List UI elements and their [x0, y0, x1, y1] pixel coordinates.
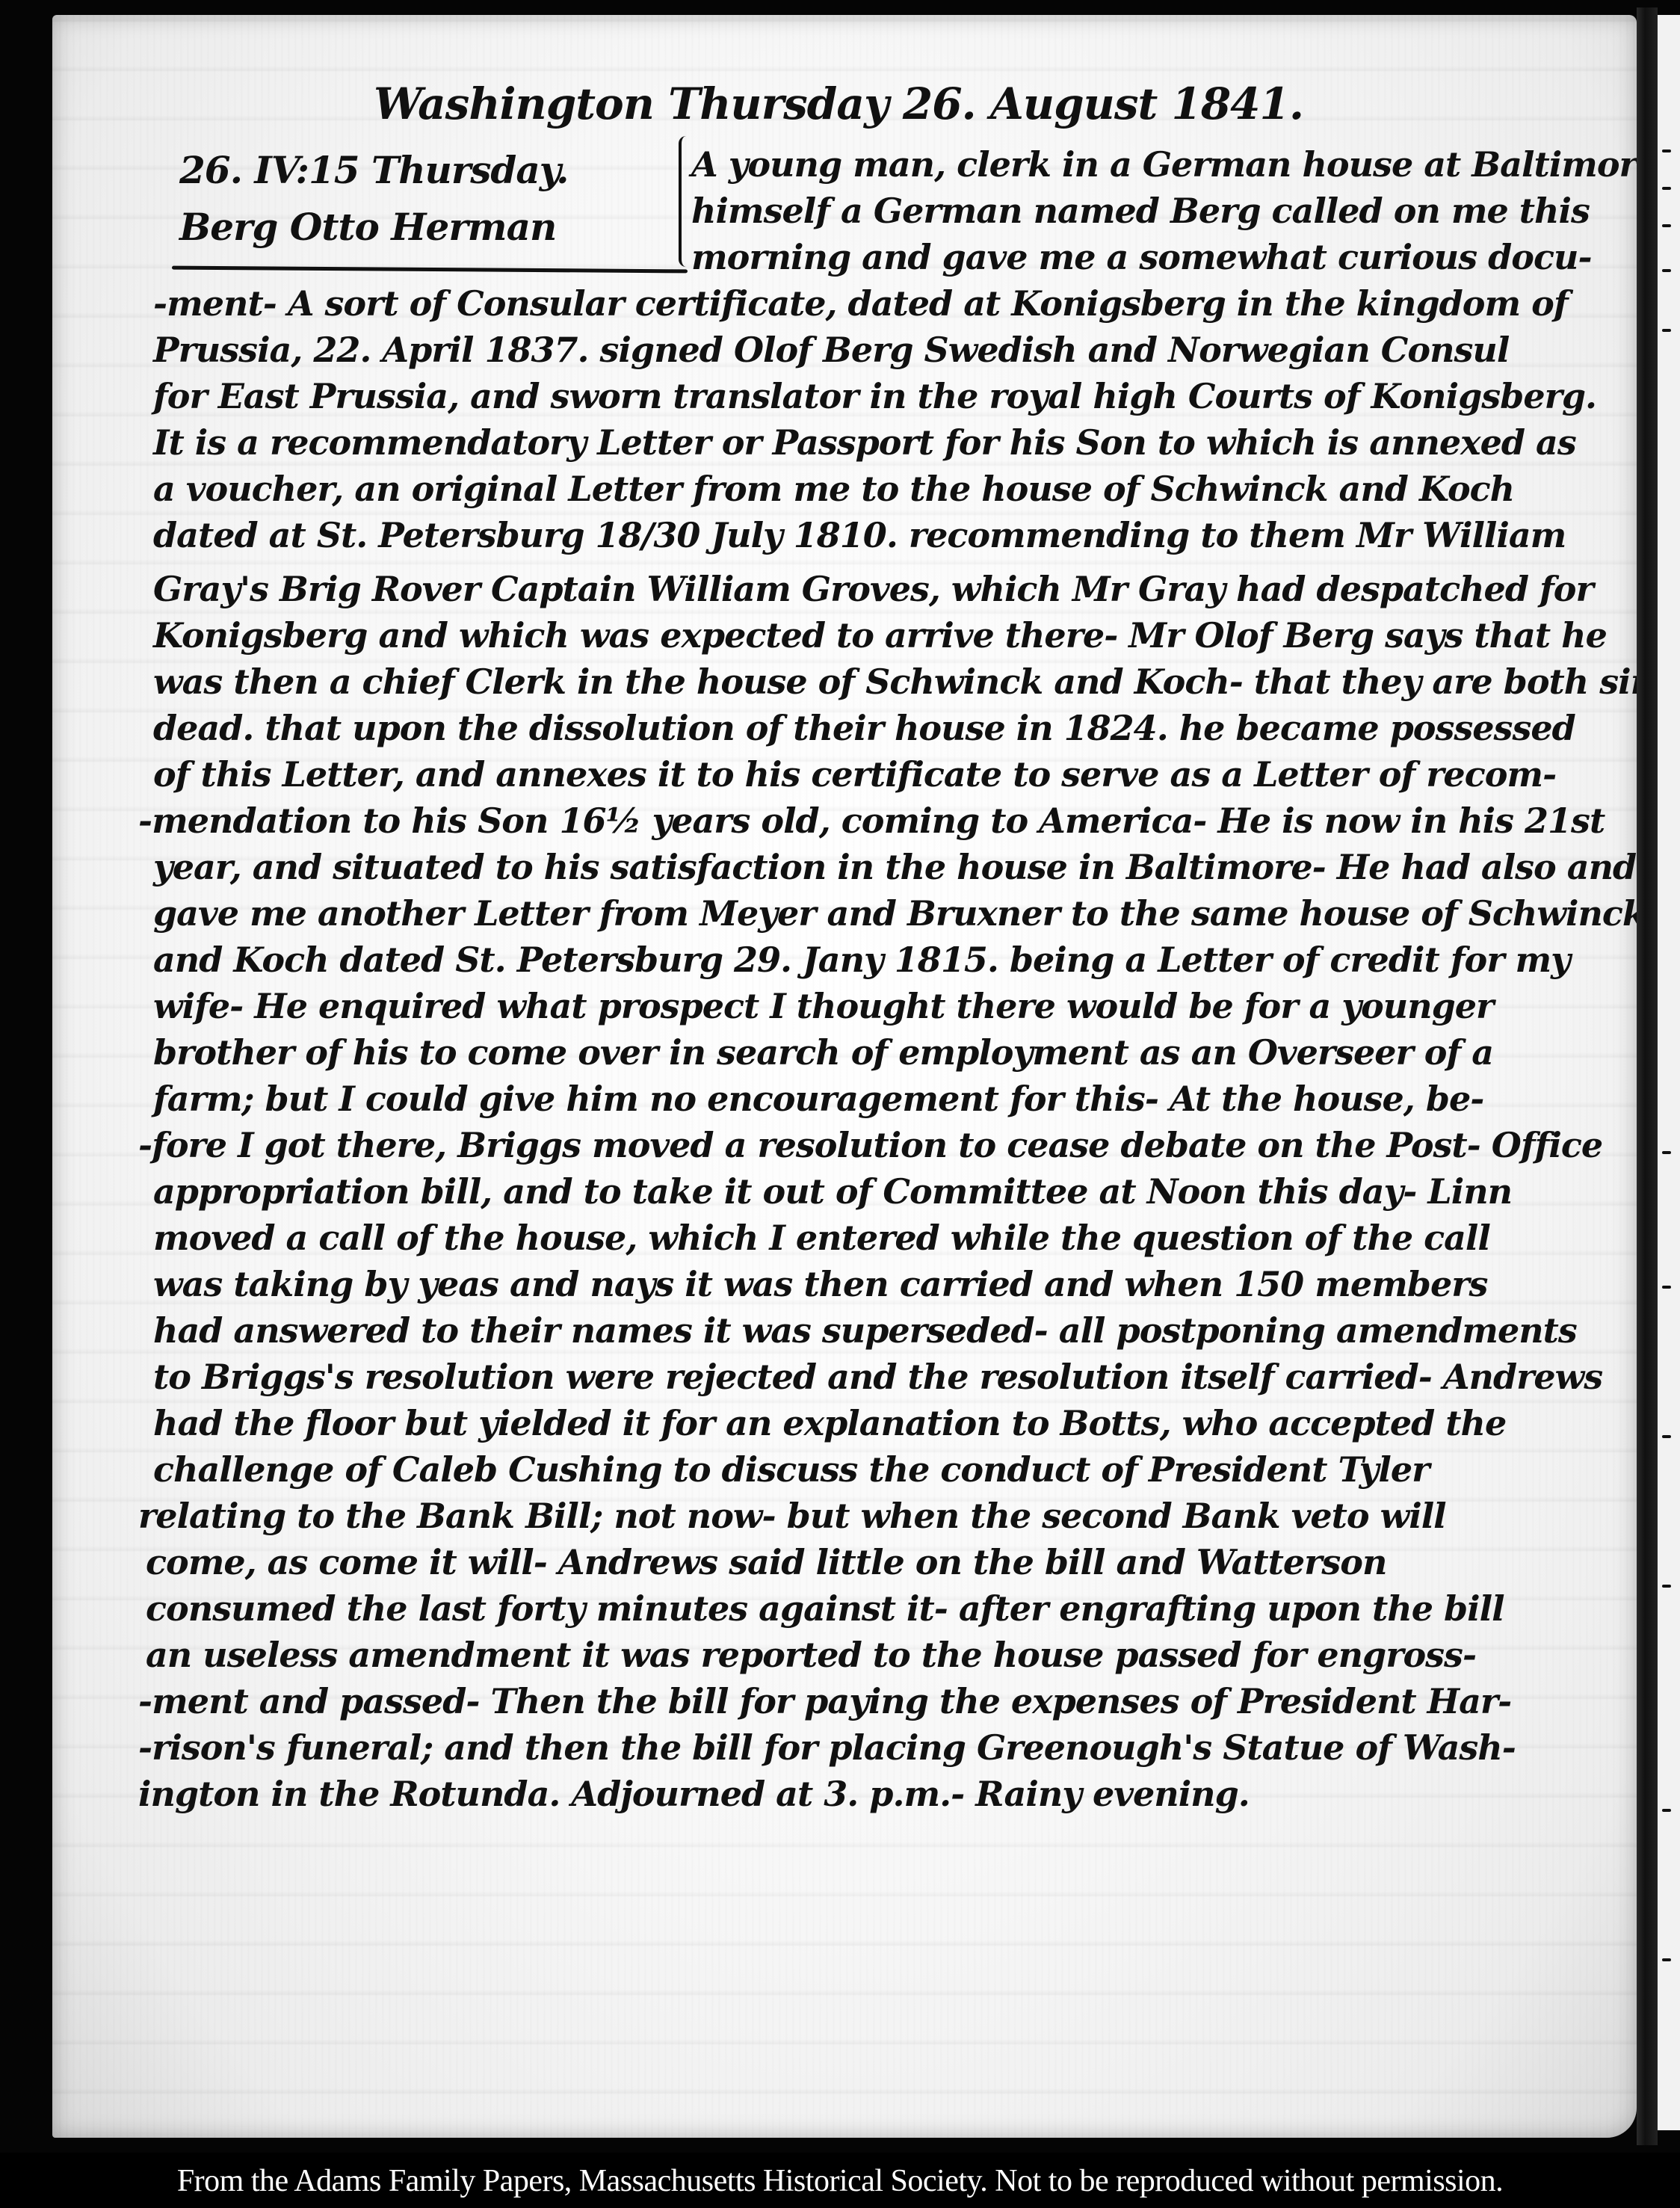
- ink-mark: [1662, 1958, 1671, 1961]
- entry-line: morning and gave me a somewhat curious d…: [691, 235, 1592, 280]
- entry-line: himself a German named Berg called on me…: [691, 188, 1590, 233]
- entry-line: year, and situated to his satisfaction i…: [153, 845, 1636, 889]
- ink-mark: [1662, 187, 1671, 190]
- margin-brace: [679, 136, 691, 267]
- entry-line: was then a chief Clerk in the house of S…: [153, 659, 1680, 704]
- manuscript-page: Washington Thursday 26. August 1841. 26.…: [52, 15, 1637, 2138]
- entry-line: -ment- A sort of Consular certificate, d…: [153, 281, 1568, 326]
- entry-line: come, as come it will- Andrews said litt…: [146, 1540, 1386, 1585]
- ink-mark: [1662, 224, 1671, 227]
- entry-line: Gray's Brig Rover Captain William Groves…: [153, 567, 1593, 611]
- entry-line: Konigsberg and which was expected to arr…: [153, 613, 1607, 658]
- margin-note: 26. IV:15 Thursday. Berg Otto Herman: [179, 142, 673, 256]
- entry-line: brother of his to come over in search of…: [153, 1030, 1493, 1075]
- entry-line: a voucher, an original Letter from me to…: [153, 466, 1514, 511]
- margin-note-name: Berg Otto Herman: [179, 199, 673, 256]
- entry-line: dated at St. Petersburg 18/30 July 1810.…: [153, 513, 1566, 558]
- book-gutter: [1637, 7, 1658, 2145]
- entry-line: farm; but I could give him no encouragem…: [153, 1076, 1483, 1121]
- entry-line: ington in the Rotunda. Adjourned at 3. p…: [138, 1771, 1250, 1816]
- entry-line: to Briggs's resolution were rejected and…: [153, 1354, 1602, 1399]
- ink-mark: [1662, 329, 1671, 332]
- entry-line: It is a recommendatory Letter or Passpor…: [153, 420, 1576, 465]
- entry-line: relating to the Bank Bill; not now- but …: [138, 1493, 1446, 1538]
- entry-line: A young man, clerk in a German house at …: [691, 142, 1658, 187]
- entry-line: had the floor but yielded it for an expl…: [153, 1401, 1506, 1446]
- entry-line: moved a call of the house, which I enter…: [153, 1215, 1490, 1260]
- entry-line: gave me another Letter from Meyer and Br…: [153, 891, 1646, 936]
- entry-line: wife- He enquired what prospect I though…: [153, 984, 1493, 1029]
- margin-note-date: 26. IV:15 Thursday.: [179, 142, 673, 199]
- entry-line: for East Prussia, and sworn translator i…: [153, 374, 1596, 419]
- ink-mark: [1662, 1151, 1671, 1154]
- entry-heading: Washington Thursday 26. August 1841.: [374, 78, 1303, 129]
- ink-mark: [1662, 269, 1671, 272]
- entry-line: Prussia, 22. April 1837. signed Olof Ber…: [153, 327, 1509, 372]
- entry-line: and Koch dated St. Petersburg 29. Jany 1…: [153, 937, 1570, 982]
- ink-mark: [1662, 1286, 1671, 1289]
- entry-line: had answered to their names it was super…: [153, 1308, 1577, 1353]
- entry-line: an useless amendment it was reported to …: [146, 1632, 1476, 1677]
- entry-line: consumed the last forty minutes against …: [146, 1586, 1504, 1631]
- facing-page-edge: [1658, 15, 1680, 2130]
- entry-line: was taking by yeas and nays it was then …: [153, 1262, 1487, 1307]
- entry-line: -ment and passed- Then the bill for payi…: [138, 1679, 1511, 1724]
- entry-line: -rison's funeral; and then the bill for …: [138, 1725, 1516, 1770]
- ink-mark: [1662, 1435, 1671, 1438]
- ink-mark: [1662, 1809, 1671, 1812]
- entry-line: challenge of Caleb Cushing to discuss th…: [153, 1447, 1429, 1492]
- margin-rule: [172, 266, 688, 274]
- entry-line: dead. that upon the dissolution of their…: [153, 706, 1575, 750]
- ink-mark: [1662, 1585, 1671, 1588]
- entry-line: -mendation to his Son 16½ years old, com…: [138, 798, 1605, 843]
- ink-mark: [1662, 149, 1671, 152]
- entry-line: appropriation bill, and to take it out o…: [153, 1169, 1512, 1214]
- entry-line: of this Letter, and annexes it to his ce…: [153, 752, 1556, 797]
- entry-line: -fore I got there, Briggs moved a resolu…: [138, 1123, 1602, 1168]
- copyright-credit: From the Adams Family Papers, Massachuse…: [0, 2154, 1680, 2208]
